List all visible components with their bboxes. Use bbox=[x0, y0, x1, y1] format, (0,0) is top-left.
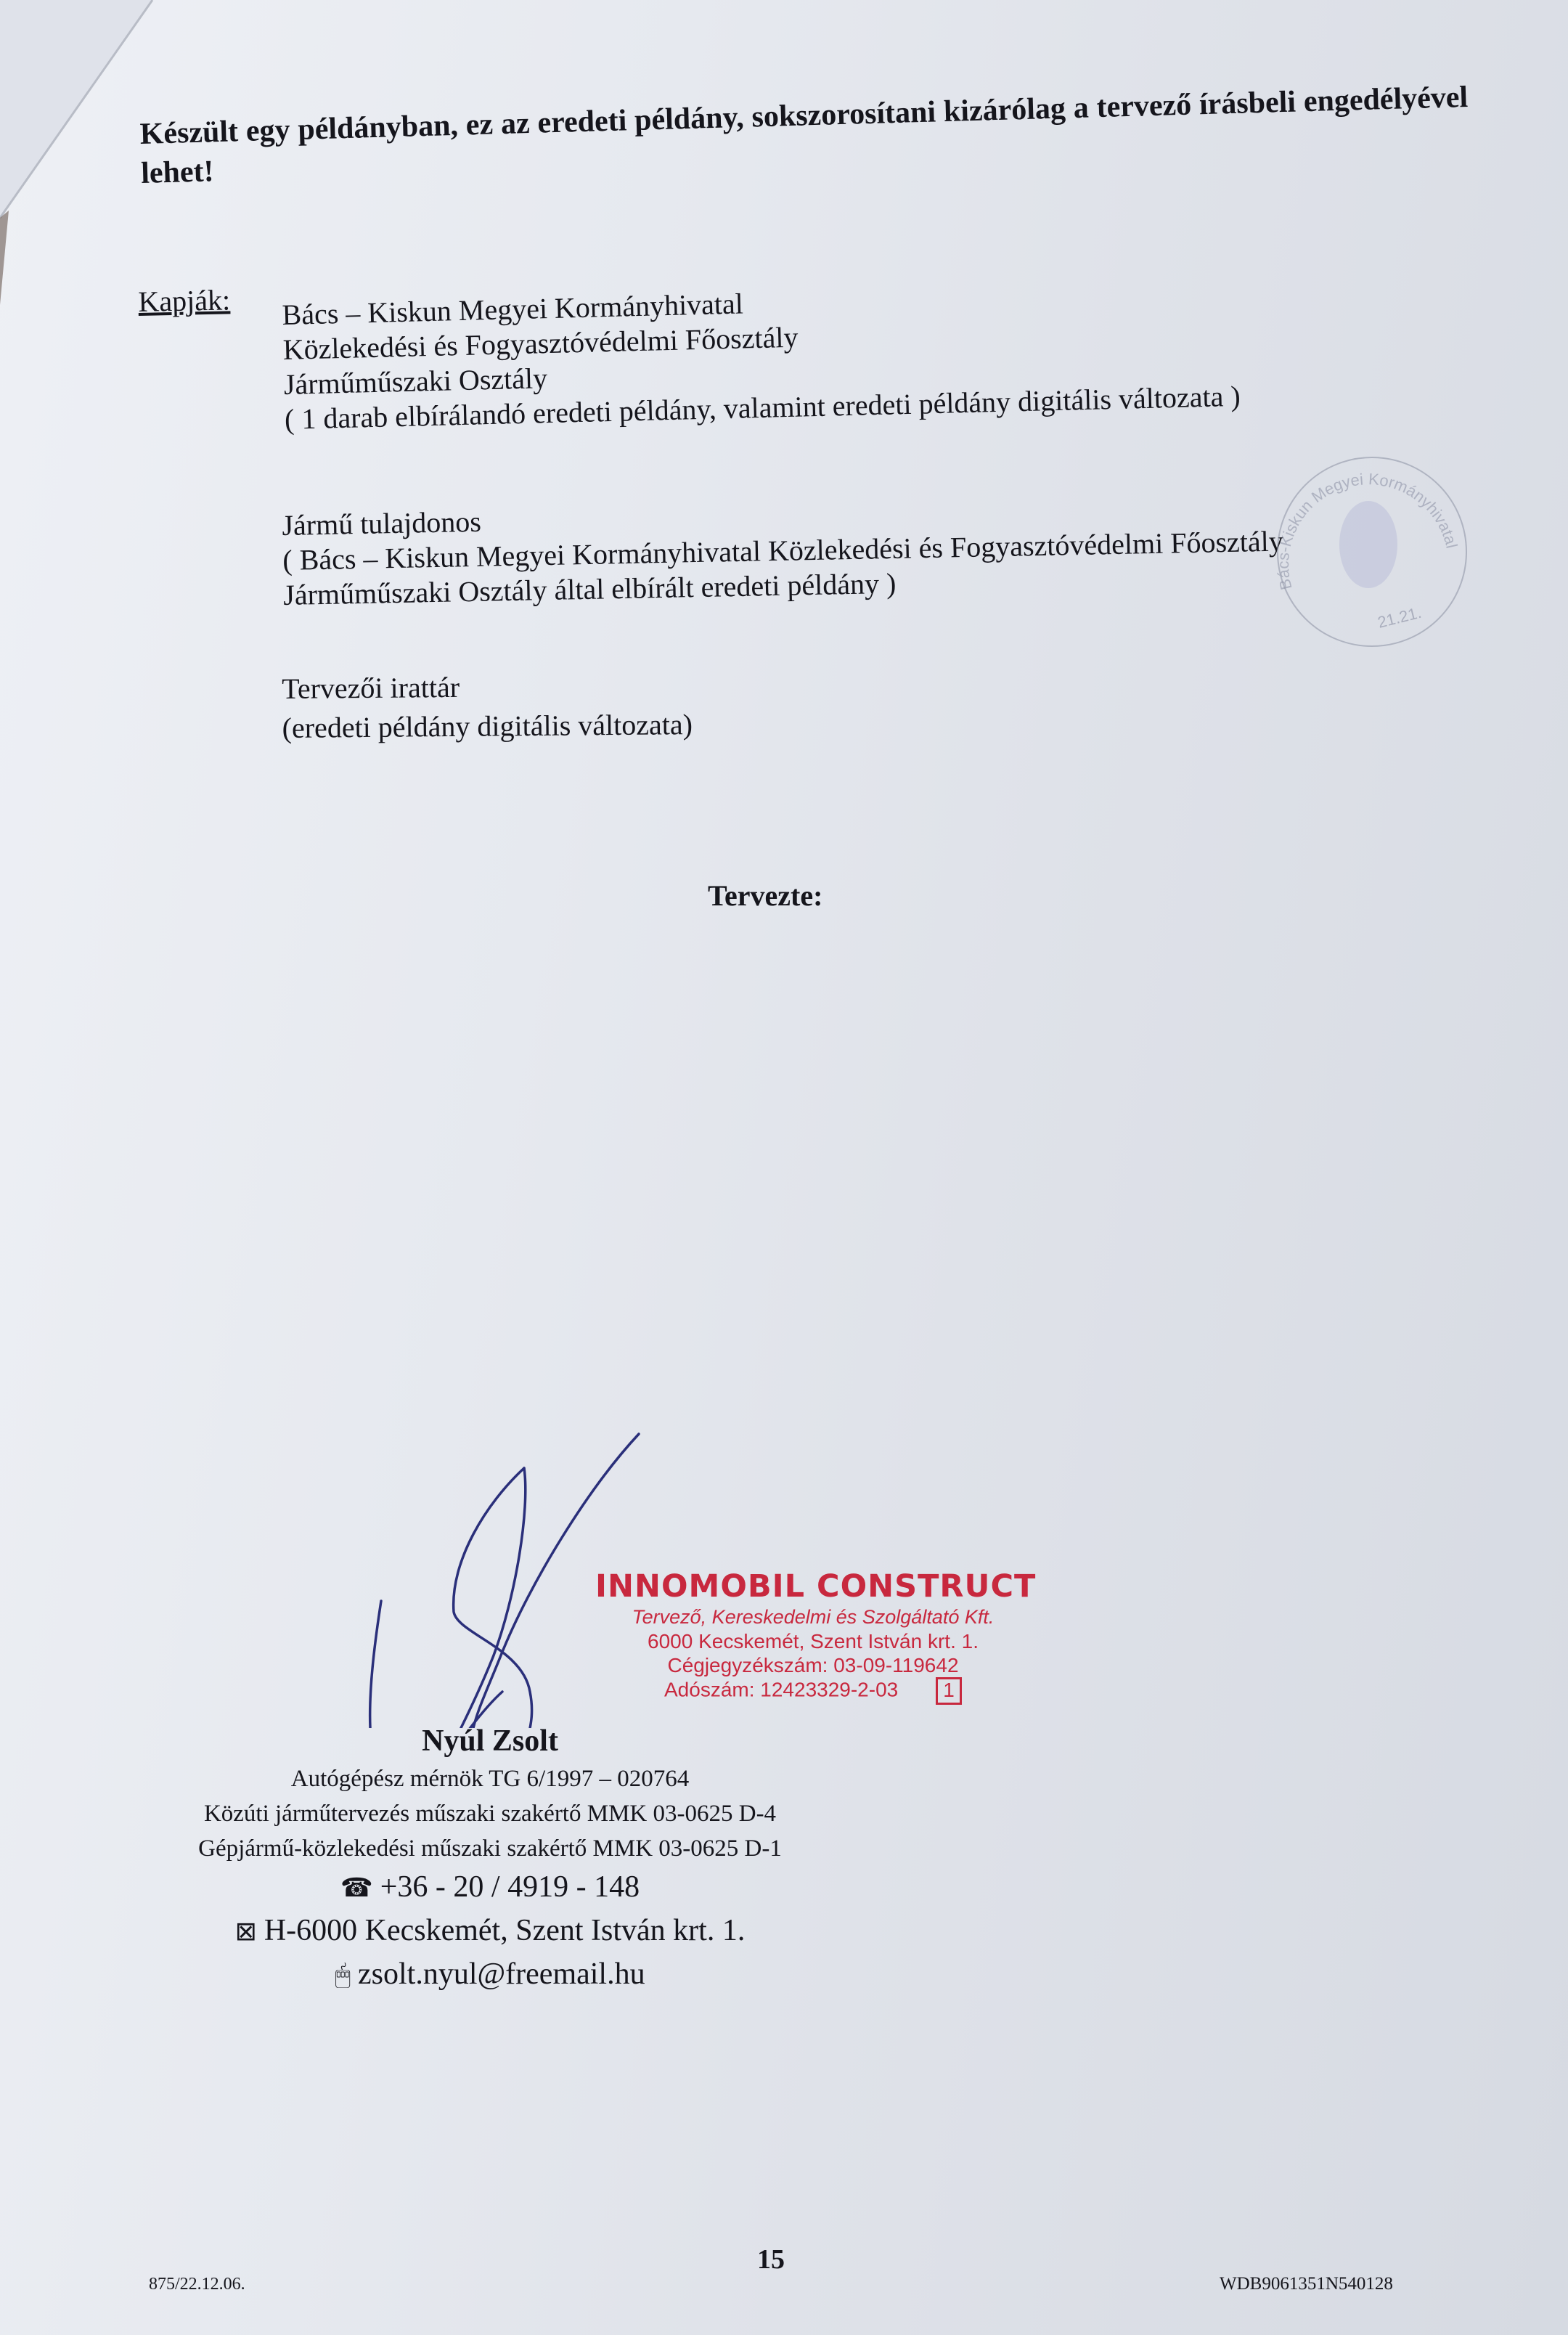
signer-address: ⊠H-6000 Kecskemét, Szent István krt. 1. bbox=[145, 1910, 835, 1953]
recipient-line: (eredeti példány digitális változata) bbox=[282, 707, 693, 746]
copy-notice: Készült egy példányban, ez az eredeti pé… bbox=[139, 78, 1469, 193]
signer-credential: Közúti járműtervezés műszaki szakértő MM… bbox=[145, 1796, 835, 1831]
recipient-block-archive: Tervezői irattár (eredeti példány digitá… bbox=[282, 668, 693, 746]
company-address: 6000 Kecskemét, Szent István krt. 1. bbox=[595, 1629, 1031, 1653]
signer-credential: Gépjármű-közlekedési műszaki szakértő MM… bbox=[145, 1831, 835, 1866]
signer-credential: Autógépész mérnök TG 6/1997 – 020764 bbox=[145, 1761, 835, 1796]
mouse-icon: 🖱 bbox=[335, 1960, 351, 1990]
telephone-icon: ☎ bbox=[340, 1873, 373, 1903]
company-tax-id: Adószám: 12423329-2-03 bbox=[664, 1678, 898, 1700]
signer-name: Nyúl Zsolt bbox=[145, 1721, 835, 1761]
company-stamp: INNOMOBIL CONSTRUCT Tervező, Kereskedelm… bbox=[595, 1568, 1031, 1705]
envelope-icon: ⊠ bbox=[235, 1917, 257, 1947]
official-seal: Bács-Kiskun Megyei Kormányhivatal 21.21. bbox=[1263, 443, 1474, 661]
recipient-block-owner: Jármű tulajdonos ( Bács – Kiskun Megyei … bbox=[282, 489, 1284, 613]
recipient-block-authority: Bács – Kiskun Megyei Kormányhivatal Közl… bbox=[282, 274, 1241, 437]
document-reference: 875/22.12.06. bbox=[149, 2275, 245, 2294]
designed-by-label: Tervezte: bbox=[708, 879, 822, 913]
signer-phone: ☎+36 - 20 / 4919 - 148 bbox=[145, 1866, 835, 1910]
signer-email: 🖱zsolt.nyul@freemail.hu bbox=[145, 1953, 835, 1997]
recipients-label: Kapják: bbox=[138, 282, 231, 319]
stamp-number-box: 1 bbox=[936, 1677, 962, 1705]
company-subtitle: Tervező, Kereskedelmi és Szolgáltató Kft… bbox=[595, 1605, 1031, 1629]
vehicle-vin: WDB9061351N540128 bbox=[1220, 2274, 1393, 2294]
company-registry: Cégjegyzékszám: 03-09-119642 bbox=[595, 1653, 1031, 1677]
seal-number: 21.21. bbox=[1376, 603, 1423, 632]
page-number: 15 bbox=[757, 2244, 785, 2275]
signer-block: Nyúl Zsolt Autógépész mérnök TG 6/1997 –… bbox=[145, 1721, 835, 1997]
company-name: INNOMOBIL CONSTRUCT bbox=[595, 1568, 1031, 1605]
document-page: Készült egy példányban, ez az eredeti pé… bbox=[0, 0, 1568, 2335]
recipient-line: Tervezői irattár bbox=[282, 668, 693, 706]
